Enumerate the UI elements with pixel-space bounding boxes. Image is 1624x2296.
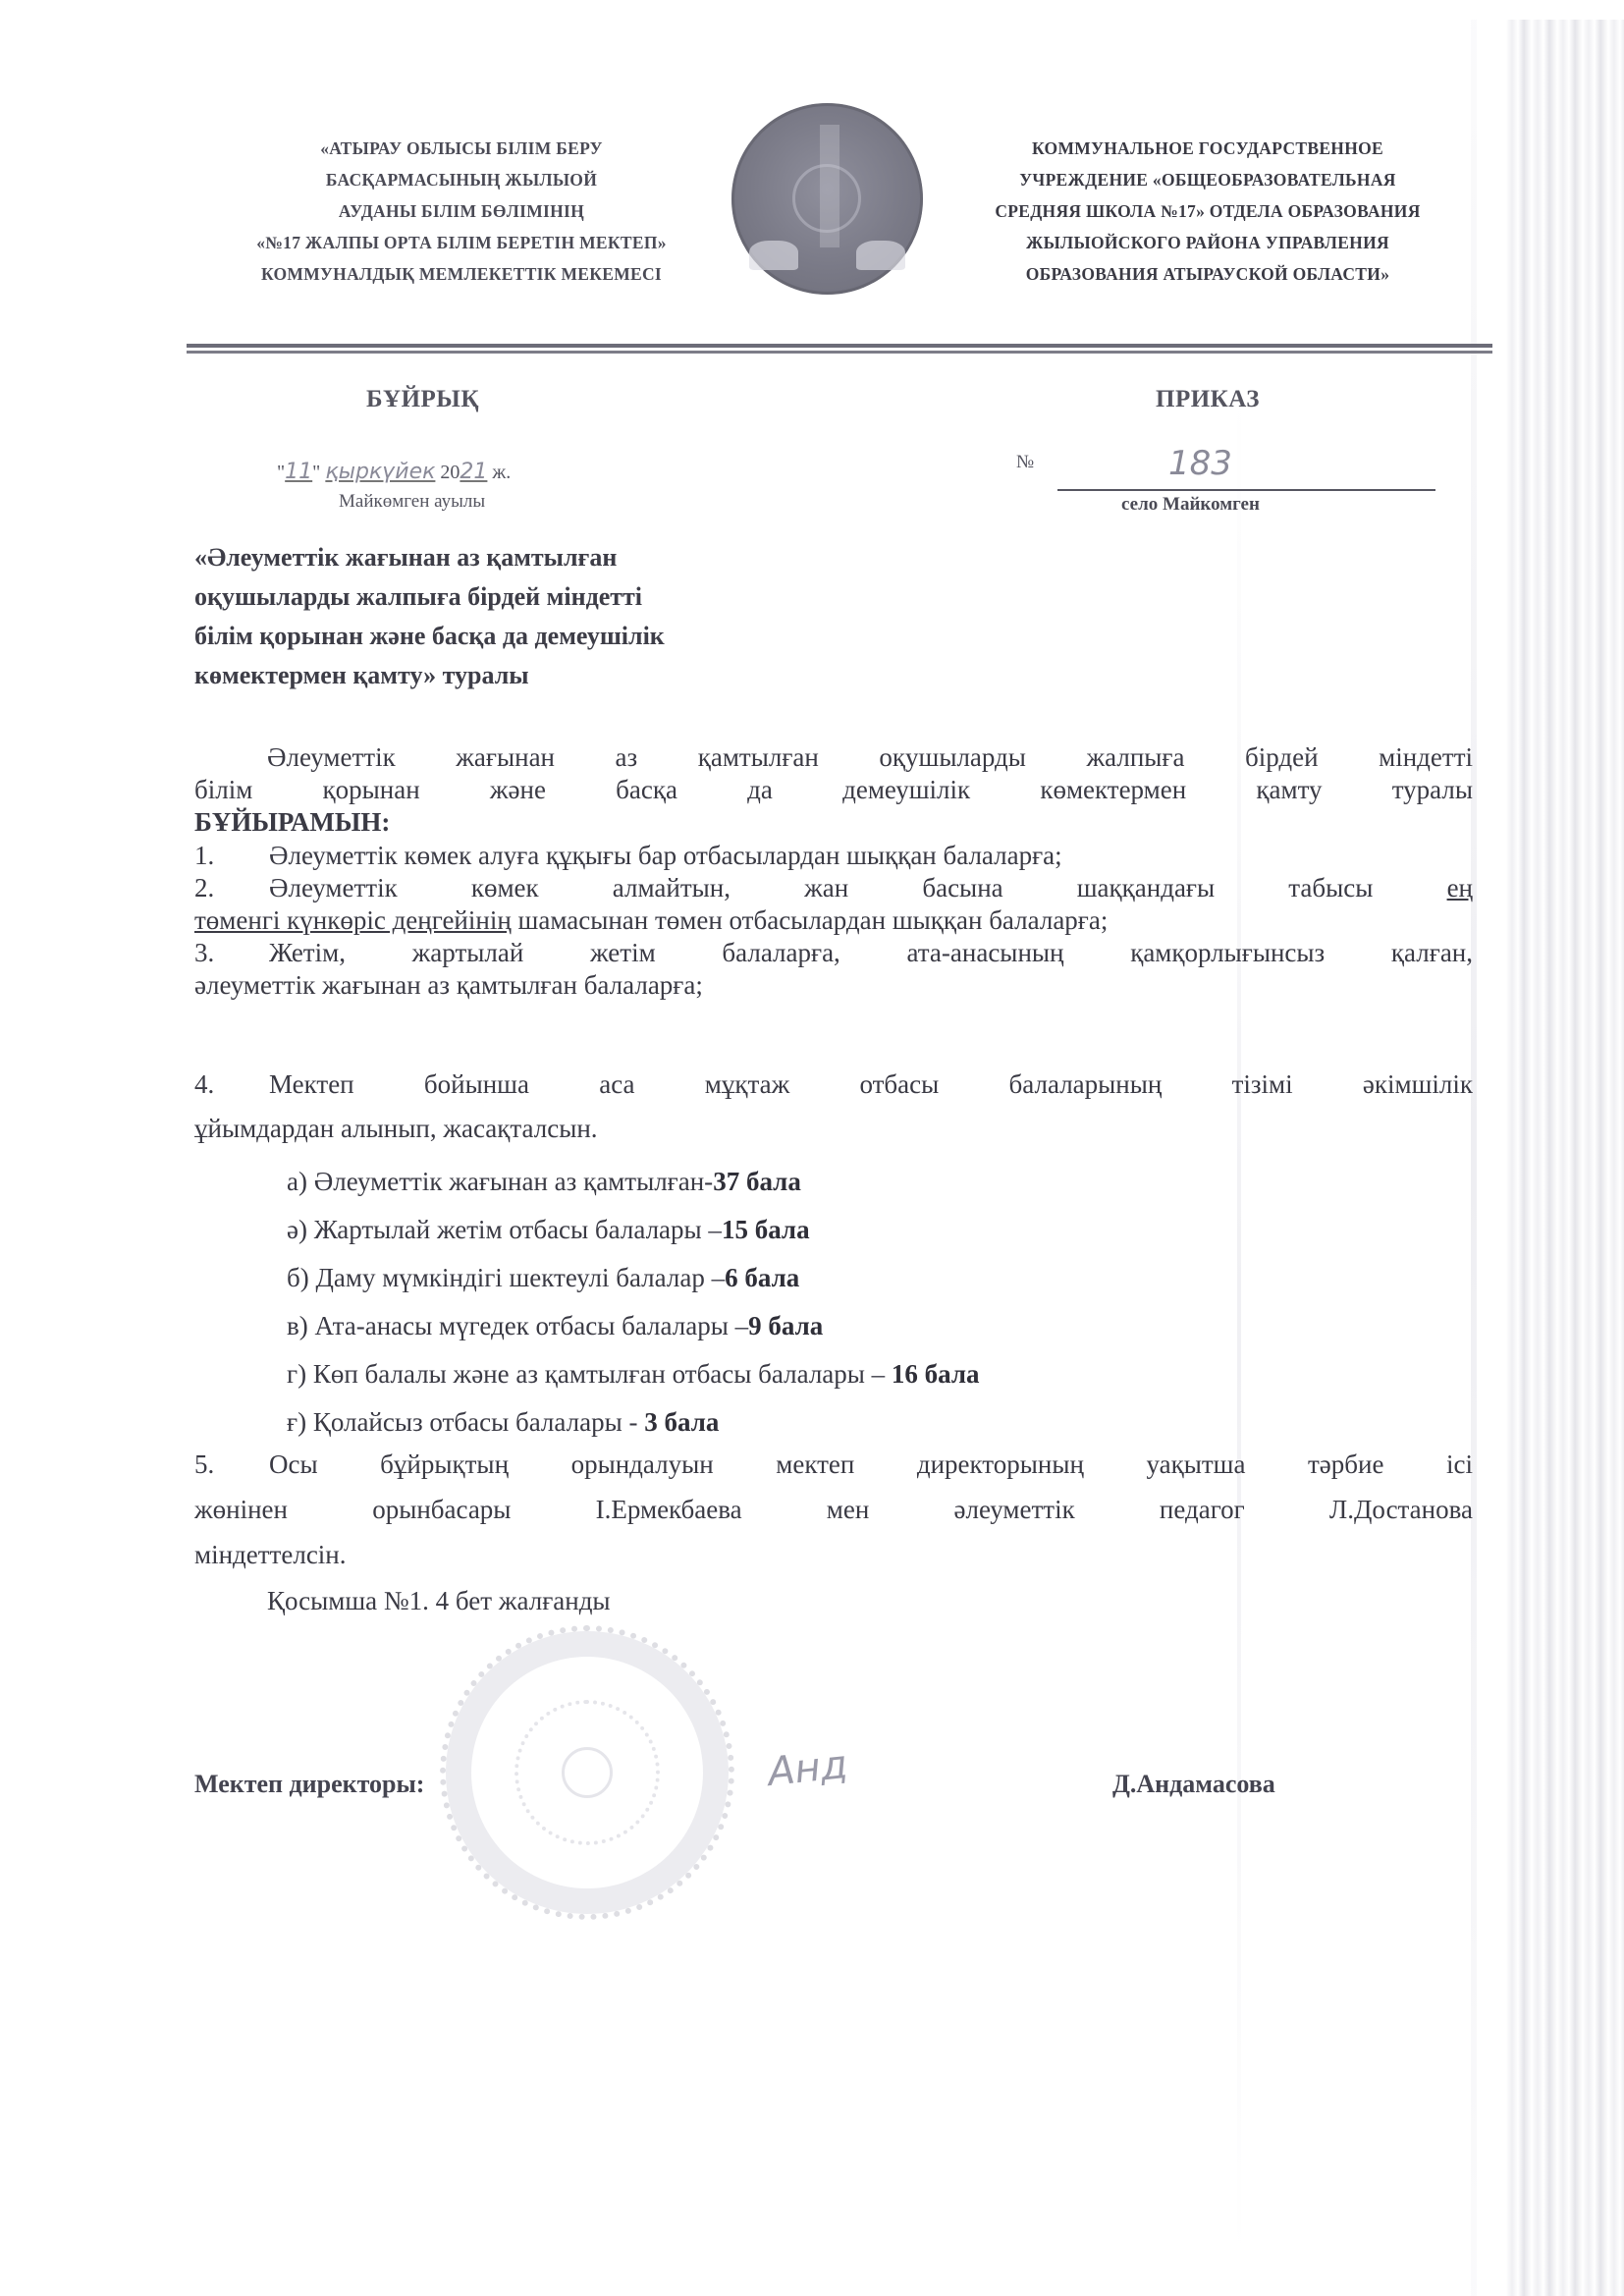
scan-artifact-strip — [1506, 20, 1624, 2296]
order-item-5-end: міндеттелсін. — [194, 1539, 1473, 1571]
letterhead-ru: КОММУНАЛЬНОЕ ГОСУДАРСТВЕННОЕ УЧРЕЖДЕНИЕ … — [933, 133, 1483, 290]
sub-item-g: г) Көп балалы және аз қамтылған отбасы б… — [287, 1358, 980, 1391]
letterhead-ru-line: ОБРАЗОВАНИЯ АТЫРАУСКОЙ ОБЛАСТИ» — [933, 258, 1483, 290]
place-ru: село Майкомген — [1121, 494, 1260, 516]
title-kz: БҰЙРЫҚ — [366, 386, 479, 413]
scan-artifact-line — [1471, 20, 1477, 2296]
number-value: 183 — [1168, 444, 1232, 483]
title-ru: ПРИКАЗ — [1156, 386, 1260, 413]
header-divider — [187, 344, 1492, 355]
order-item-2: 2.Әлеуметтік көмек алмайтын, жан басына … — [194, 872, 1473, 904]
intro-line: білім қорынан және басқа да демеушілік к… — [194, 774, 1473, 806]
order-item-1: 1.Әлеуметтік көмек алуға құқығы бар отба… — [194, 840, 1473, 872]
order-item-5-cont: жөнінен орынбасары І.Ермекбаева мен әлеу… — [194, 1494, 1473, 1526]
order-item-4-cont: ұйымдардан алынып, жасақталсын. — [194, 1113, 1473, 1145]
subject-line: білім қорынан және басқа да демеушілік — [194, 617, 901, 656]
letterhead-kz-line: АУДАНЫ БІЛІМ БӨЛІМІНІҢ — [187, 195, 736, 227]
handwritten-signature: Анд — [766, 1742, 850, 1795]
letterhead: «АТЫРАУ ОБЛЫСЫ БІЛІМ БЕРУ БАСҚАРМАСЫНЫҢ … — [187, 128, 1483, 304]
order-number: № 183 — [1016, 452, 1409, 491]
order-item-3: 3.Жетім, жартылай жетім балаларға, ата-а… — [194, 937, 1473, 969]
signatory-role: Мектеп директоры: — [194, 1770, 424, 1799]
order-item-4: 4.Мектеп бойынша аса мұқтаж отбасы балал… — [194, 1068, 1473, 1101]
date-suffix: ж. — [492, 462, 511, 483]
date-month: қыркүйек — [325, 460, 435, 484]
letterhead-kz-line: БАСҚАРМАСЫНЫҢ ЖЫЛЫОЙ — [187, 164, 736, 195]
letterhead-kz-line: «№17 ЖАЛПЫ ОРТА БІЛІМ БЕРЕТІН МЕКТЕП» — [187, 227, 736, 258]
date-year-prefix: 20 — [440, 462, 460, 483]
number-underline — [1057, 489, 1435, 491]
place-kz: Майкөмген ауылы — [339, 491, 485, 513]
order-subject: «Әлеуметтік жағынан аз қамтылған оқушыла… — [194, 538, 901, 695]
intro-line: Әлеуметтік жағынан аз қамтылған оқушылар… — [194, 741, 1473, 774]
date-day: 11 — [285, 460, 312, 484]
order-item-5: 5.Осы бұйрықтың орындалуын мектеп директ… — [194, 1449, 1473, 1481]
subject-line: «Әлеуметтік жағынан аз қамтылған — [194, 538, 901, 577]
sub-item-b: б) Даму мүмкіндігі шектеулі балалар –6 б… — [287, 1262, 799, 1294]
letterhead-ru-line: УЧРЕЖДЕНИЕ «ОБЩЕОБРАЗОВАТЕЛЬНАЯ — [933, 164, 1483, 195]
letterhead-ru-line: КОММУНАЛЬНОЕ ГОСУДАРСТВЕННОЕ — [933, 133, 1483, 164]
date-year: 21 — [460, 460, 487, 484]
order-item-3-cont: әлеуметтік жағынан аз қамтылған балаларғ… — [194, 969, 1473, 1002]
official-seal-icon — [440, 1625, 734, 1920]
letterhead-kz: «АТЫРАУ ОБЛЫСЫ БІЛІМ БЕРУ БАСҚАРМАСЫНЫҢ … — [187, 133, 736, 290]
letterhead-ru-line: СРЕДНЯЯ ШКОЛА №17» ОТДЕЛА ОБРАЗОВАНИЯ — [933, 195, 1483, 227]
order-date: "11" қыркүйек 2021 ж. — [277, 460, 511, 484]
signatory-name: Д.Андамасова — [1112, 1770, 1275, 1799]
decree-heading: БҰЙЫРАМЫН: — [194, 806, 1473, 839]
subject-line: оқушыларды жалпыға бірдей міндетті — [194, 577, 901, 617]
letterhead-kz-line: КОММУНАЛДЫҚ МЕМЛЕКЕТТІК МЕКЕМЕСІ — [187, 258, 736, 290]
order-item-2-cont: төменгі күнкөріс деңгейінің шамасынан тө… — [194, 904, 1473, 937]
letterhead-kz-line: «АТЫРАУ ОБЛЫСЫ БІЛІМ БЕРУ — [187, 133, 736, 164]
attachment-note: Қосымша №1. 4 бет жалғанды — [267, 1586, 611, 1616]
state-emblem-icon — [731, 103, 923, 295]
sub-item-gh: ғ) Қолайсыз отбасы балалары - 3 бала — [287, 1406, 719, 1439]
sub-item-v: в) Ата-анасы мүгедек отбасы балалары –9 … — [287, 1310, 823, 1342]
sub-item-ae: ә) Жартылай жетім отбасы балалары –15 ба… — [287, 1214, 810, 1246]
number-label: № — [1016, 452, 1034, 472]
scan-artifact-line — [1237, 393, 1241, 2259]
subject-line: көмектермен қамту» туралы — [194, 656, 901, 695]
letterhead-ru-line: ЖЫЛЫОЙСКОГО РАЙОНА УПРАВЛЕНИЯ — [933, 227, 1483, 258]
sub-item-a: а) Әлеуметтік жағынан аз қамтылған-37 ба… — [287, 1166, 801, 1198]
